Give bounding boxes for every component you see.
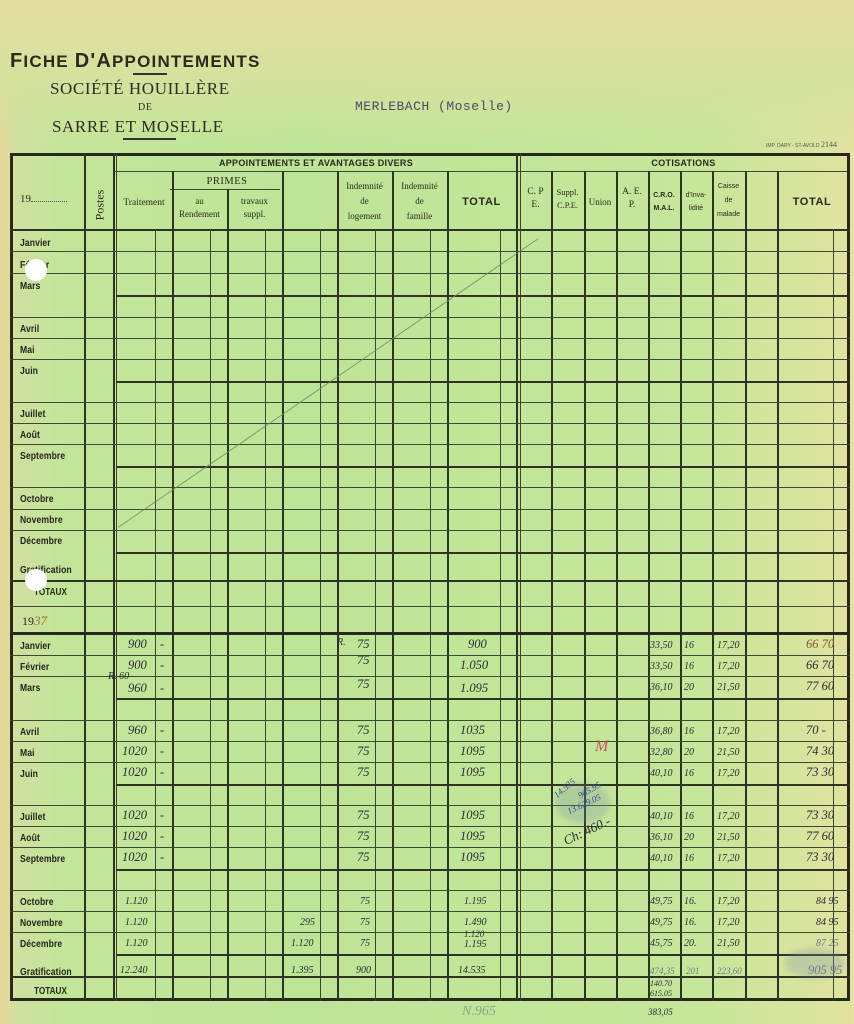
company-name-line-1: SOCIÉTÉ HOUILLÈRE [50, 79, 230, 99]
cell-indemnite-logement: 75 [357, 637, 370, 652]
cell-invalidite: 16. [684, 896, 697, 907]
salary-ledger-table: 19 Postes APPOINTEMENTS ET AVANTAGES DIV… [10, 153, 850, 1001]
cell-caisse-malade: 17,20 [717, 853, 740, 864]
month-label: Gratification [20, 966, 72, 978]
year-label-section-2: 1937 [22, 613, 47, 629]
cell-total-cotisations: 66 70 [806, 658, 834, 673]
month-label: Décembre [20, 535, 62, 547]
company-name-line-2: DE [138, 102, 153, 113]
row-rule [10, 676, 850, 677]
month-label: Juillet [20, 811, 45, 823]
rappel-mark: R. [337, 637, 346, 648]
cents-divider [430, 229, 431, 1001]
table-right-border [847, 153, 850, 1001]
quarter-rule [116, 784, 850, 786]
cell-traitement: 900 [128, 658, 147, 673]
cell-total-cotisations: 84 95 [816, 917, 839, 928]
cell-caisse-malade: 17,20 [717, 661, 740, 672]
cents-dash: - [160, 850, 164, 865]
quarter-rule [116, 466, 850, 468]
cell-caisse-malade: 21,50 [717, 832, 740, 843]
month-label: Janvier [20, 237, 51, 249]
quarter-rule [116, 698, 850, 700]
cell-indemnite-logement: 75 [357, 850, 370, 865]
cell-total-cotisations: 73 30 [806, 850, 834, 865]
table-top-border [10, 153, 850, 156]
invalidite-header: d'Inva-lidité [680, 189, 712, 215]
cell-total-cotisations: 73 30 [806, 808, 834, 823]
row-rule [10, 805, 850, 806]
section-divider [10, 632, 850, 635]
quarter-rule [116, 295, 850, 297]
cell-total-cotisations: 70 - [806, 723, 826, 738]
cell-traitement: 1.120 [125, 938, 148, 949]
cents-divider [155, 229, 156, 1001]
month-label: Juin [20, 768, 38, 780]
postes-header: Postes [86, 180, 114, 230]
caisse-malade-header: Caissedemalade [712, 180, 745, 222]
primes-rule [170, 189, 280, 190]
col-divider [227, 189, 229, 1001]
company-underline [123, 138, 176, 140]
cents-dash: - [160, 744, 164, 759]
row-rule [10, 423, 850, 424]
cell-caisse-malade: 21,50 [717, 682, 740, 693]
cell-total: 1.195 [464, 939, 487, 950]
cell-indemnite-logement: 75 [360, 938, 370, 949]
cell-traitement: 1020 [122, 850, 147, 865]
cell-invalidite: 16 [684, 768, 694, 779]
total-cotisations-header: TOTAL [777, 196, 847, 209]
row-rule [10, 911, 850, 912]
company-name-line-3: SARRE ET MOSELLE [52, 117, 224, 137]
cell-total: 1095 [460, 765, 485, 780]
cell-invalidite: 16 [684, 853, 694, 864]
month-label: Mars [20, 682, 40, 694]
quarter-rule [116, 954, 850, 956]
cpe-header: C. PE. [520, 186, 551, 212]
cents-dash: - [160, 829, 164, 844]
month-label: Novembre [20, 514, 63, 526]
cents-dash: - [160, 658, 164, 673]
col-divider [113, 153, 115, 1001]
cell-invalidite: 16. [684, 917, 697, 928]
cell-cro-mal: 474,35 [650, 966, 675, 976]
month-label: Avril [20, 323, 39, 335]
row-rule [10, 720, 850, 721]
cell-total: 1095 [460, 808, 485, 823]
cell-indemnite-logement: 75 [360, 896, 370, 907]
month-label: Mai [20, 344, 35, 356]
cell-traitement: 12.240 [120, 965, 148, 976]
cents-divider [500, 229, 501, 1001]
row-rule [10, 976, 850, 978]
cell-indemnite-logement: 75 [357, 808, 370, 823]
row-rule [10, 317, 850, 318]
totaux-cro-2: 615.05 [650, 989, 672, 998]
cell-extra: 295 [300, 917, 315, 928]
cell-caisse-malade: 17,20 [717, 726, 740, 737]
cell-total: 1.195 [464, 896, 487, 907]
title-underline [133, 73, 167, 75]
cents-dash: - [160, 765, 164, 780]
row-rule [10, 890, 850, 891]
punch-hole [25, 259, 47, 281]
cell-total: 1.490 [464, 917, 487, 928]
row-rule [10, 530, 850, 531]
header-rule [115, 171, 847, 172]
total-appointements-header: TOTAL [447, 196, 516, 209]
cell-cro-mal: 49,75 [650, 896, 673, 907]
ink-stain [785, 948, 845, 978]
cell-indemnite-logement: 900 [356, 965, 371, 976]
cents-dash: - [160, 723, 164, 738]
aep-header: A. E.P. [616, 186, 648, 212]
cell-traitement: 1.120 [125, 896, 148, 907]
cell-indemnite-logement: 75 [357, 653, 370, 668]
primes-header: PRIMES [172, 175, 282, 188]
cents-divider [320, 229, 321, 1001]
row-rule [10, 444, 850, 445]
month-label: Février [20, 661, 49, 673]
cell-caisse-malade: 17,20 [717, 917, 740, 928]
cell-invalidite: 20 [684, 682, 694, 693]
cents-divider [375, 229, 376, 1001]
row-rule [10, 655, 850, 656]
cotisations-section-header: COTISATIONS [520, 157, 847, 170]
col-divider [116, 153, 117, 1001]
cents-dash: - [160, 637, 164, 652]
cell-indemnite-logement: 75 [360, 917, 370, 928]
month-label: Novembre [20, 917, 63, 929]
col-divider [516, 153, 518, 1001]
cell-total-cotisations: 73 30 [806, 765, 834, 780]
cell-caisse-malade: 17,20 [717, 896, 740, 907]
cell-traitement: 900 [128, 637, 147, 652]
month-label: Janvier [20, 640, 51, 652]
cell-caisse-malade: 17,20 [717, 768, 740, 779]
red-mark: M [595, 738, 608, 756]
cell-total-cotisations: 77 60 [806, 829, 834, 844]
cell-traitement-rappel: R. 60 [108, 671, 129, 682]
punch-hole [25, 569, 47, 591]
cell-total: 1095 [460, 829, 485, 844]
cell-indemnite-logement: 75 [357, 677, 370, 692]
cell-cro-mal: 40,10 [650, 853, 673, 864]
year-header: 19 [10, 193, 94, 206]
footer-number: N.965 [462, 1004, 496, 1020]
cents-dash: - [160, 681, 164, 696]
month-label: Octobre [20, 493, 54, 505]
cell-indemnite-logement: 75 [357, 829, 370, 844]
printer-mark: IMP. DARY - ST-AVOLD 2144 [766, 140, 837, 149]
row-rule [10, 487, 850, 488]
cell-traitement: 960 [128, 681, 147, 696]
cell-cro-mal: 36,10 [650, 832, 673, 843]
row-rule [10, 606, 850, 607]
cell-cro-mal: 36,80 [650, 726, 673, 737]
month-label: Octobre [20, 896, 54, 908]
au-rendement-header: auRendement [172, 195, 227, 221]
travaux-suppl-header: travauxsuppl. [227, 195, 282, 221]
cell-caisse-malade: 17,20 [717, 811, 740, 822]
row-rule [10, 402, 850, 403]
cents-dash: - [160, 808, 164, 823]
below-table-sum: 383,05 [648, 1007, 673, 1017]
row-rule [10, 932, 850, 933]
cell-traitement: 960 [128, 723, 147, 738]
month-label: Août [20, 429, 40, 441]
cell-traitement: 1020 [122, 744, 147, 759]
cell-caisse-malade: 21,50 [717, 938, 740, 949]
row-rule [10, 826, 850, 827]
cell-indemnite-logement: 75 [357, 723, 370, 738]
col-divider [84, 153, 86, 1001]
totals-label: TOTAUX [34, 986, 67, 997]
cents-divider [265, 229, 266, 1001]
row-rule [10, 741, 850, 742]
cell-total-cotisations: 74 30 [806, 744, 834, 759]
table-left-border [10, 153, 13, 1001]
cell-total: 1095 [460, 850, 485, 865]
form-title: FICHE D'APPOINTEMENTS [10, 50, 261, 73]
cell-caisse-malade: 223,60 [717, 966, 742, 976]
cell-traitement: 1020 [122, 829, 147, 844]
cell-traitement: 1.120 [125, 917, 148, 928]
row-rule [10, 509, 850, 510]
cell-cro-mal: 33,50 [650, 661, 673, 672]
cell-extra: 1.395 [291, 965, 314, 976]
month-label: Août [20, 832, 40, 844]
cro-mal-header: C.R.O.M.A.L. [648, 189, 680, 215]
cents-divider [210, 229, 211, 1001]
cell-invalidite: 201 [686, 966, 700, 976]
traitement-header: Traitement [116, 197, 172, 210]
cell-total: 1.050 [460, 658, 488, 673]
cell-invalidite: 20. [684, 938, 697, 949]
cell-extra: 1.120 [291, 938, 314, 949]
union-header: Union [584, 196, 616, 209]
cell-total-cotisations: 84 95 [816, 896, 839, 907]
cell-invalidite: 20 [684, 747, 694, 758]
cell-invalidite: 16 [684, 640, 694, 651]
row-rule [10, 847, 850, 848]
cell-cro-mal: 45,75 [650, 938, 673, 949]
typed-location: MERLEBACH (Moselle) [355, 99, 513, 114]
cell-invalidite: 16 [684, 811, 694, 822]
cell-cro-mal: 49,75 [650, 917, 673, 928]
month-label: Mai [20, 747, 35, 759]
cell-indemnite-logement: 75 [357, 765, 370, 780]
cell-total: 1035 [460, 723, 485, 738]
cell-total: 14.535 [458, 965, 486, 976]
cell-traitement: 1020 [122, 765, 147, 780]
appointements-section-header: APPOINTEMENTS ET AVANTAGES DIVERS [116, 157, 516, 170]
cell-cro-mal: 40,10 [650, 768, 673, 779]
col-divider [520, 153, 521, 1001]
row-rule [10, 251, 850, 252]
cell-cro-mal: 40,10 [650, 811, 673, 822]
totaux-cro-1: 140.70 [650, 979, 672, 988]
quarter-rule [116, 869, 850, 871]
quarter-rule [116, 381, 850, 383]
row-rule [10, 273, 850, 274]
cents-divider [833, 229, 834, 1001]
cell-cro-mal: 33,50 [650, 640, 673, 651]
cell-total-a: 1.120 [464, 929, 484, 939]
row-rule [10, 762, 850, 763]
cell-cro-mal: 36,10 [650, 682, 673, 693]
month-label: Décembre [20, 938, 62, 950]
indemnite-famille-header: Indemnitédefamille [392, 179, 447, 224]
cell-total: 1095 [460, 744, 485, 759]
suppl-cpe-header: Suppl.C.P.E. [551, 186, 584, 212]
month-label: Juin [20, 365, 38, 377]
cell-total: 1.095 [460, 681, 488, 696]
indemnite-logement-header: Indemnitédelogement [337, 179, 392, 224]
row-rule [10, 580, 850, 582]
cell-caisse-malade: 21,50 [717, 747, 740, 758]
cell-total-cotisations: 66 70 [806, 637, 834, 652]
row-rule [10, 359, 850, 360]
month-label: Juillet [20, 408, 45, 420]
cell-caisse-malade: 17,20 [717, 640, 740, 651]
cell-invalidite: 20 [684, 832, 694, 843]
month-label: Avril [20, 726, 39, 738]
cell-indemnite-logement: 75 [357, 744, 370, 759]
month-label: Septembre [20, 853, 65, 865]
month-label: Septembre [20, 450, 65, 462]
cell-total: 900 [468, 637, 487, 652]
month-label: Mars [20, 280, 40, 292]
cell-traitement: 1020 [122, 808, 147, 823]
cell-invalidite: 16 [684, 726, 694, 737]
cell-invalidite: 16 [684, 661, 694, 672]
row-rule [10, 338, 850, 339]
quarter-rule [116, 552, 850, 554]
cell-total-cotisations: 77 60 [806, 679, 834, 694]
cell-cro-mal: 32,80 [650, 747, 673, 758]
